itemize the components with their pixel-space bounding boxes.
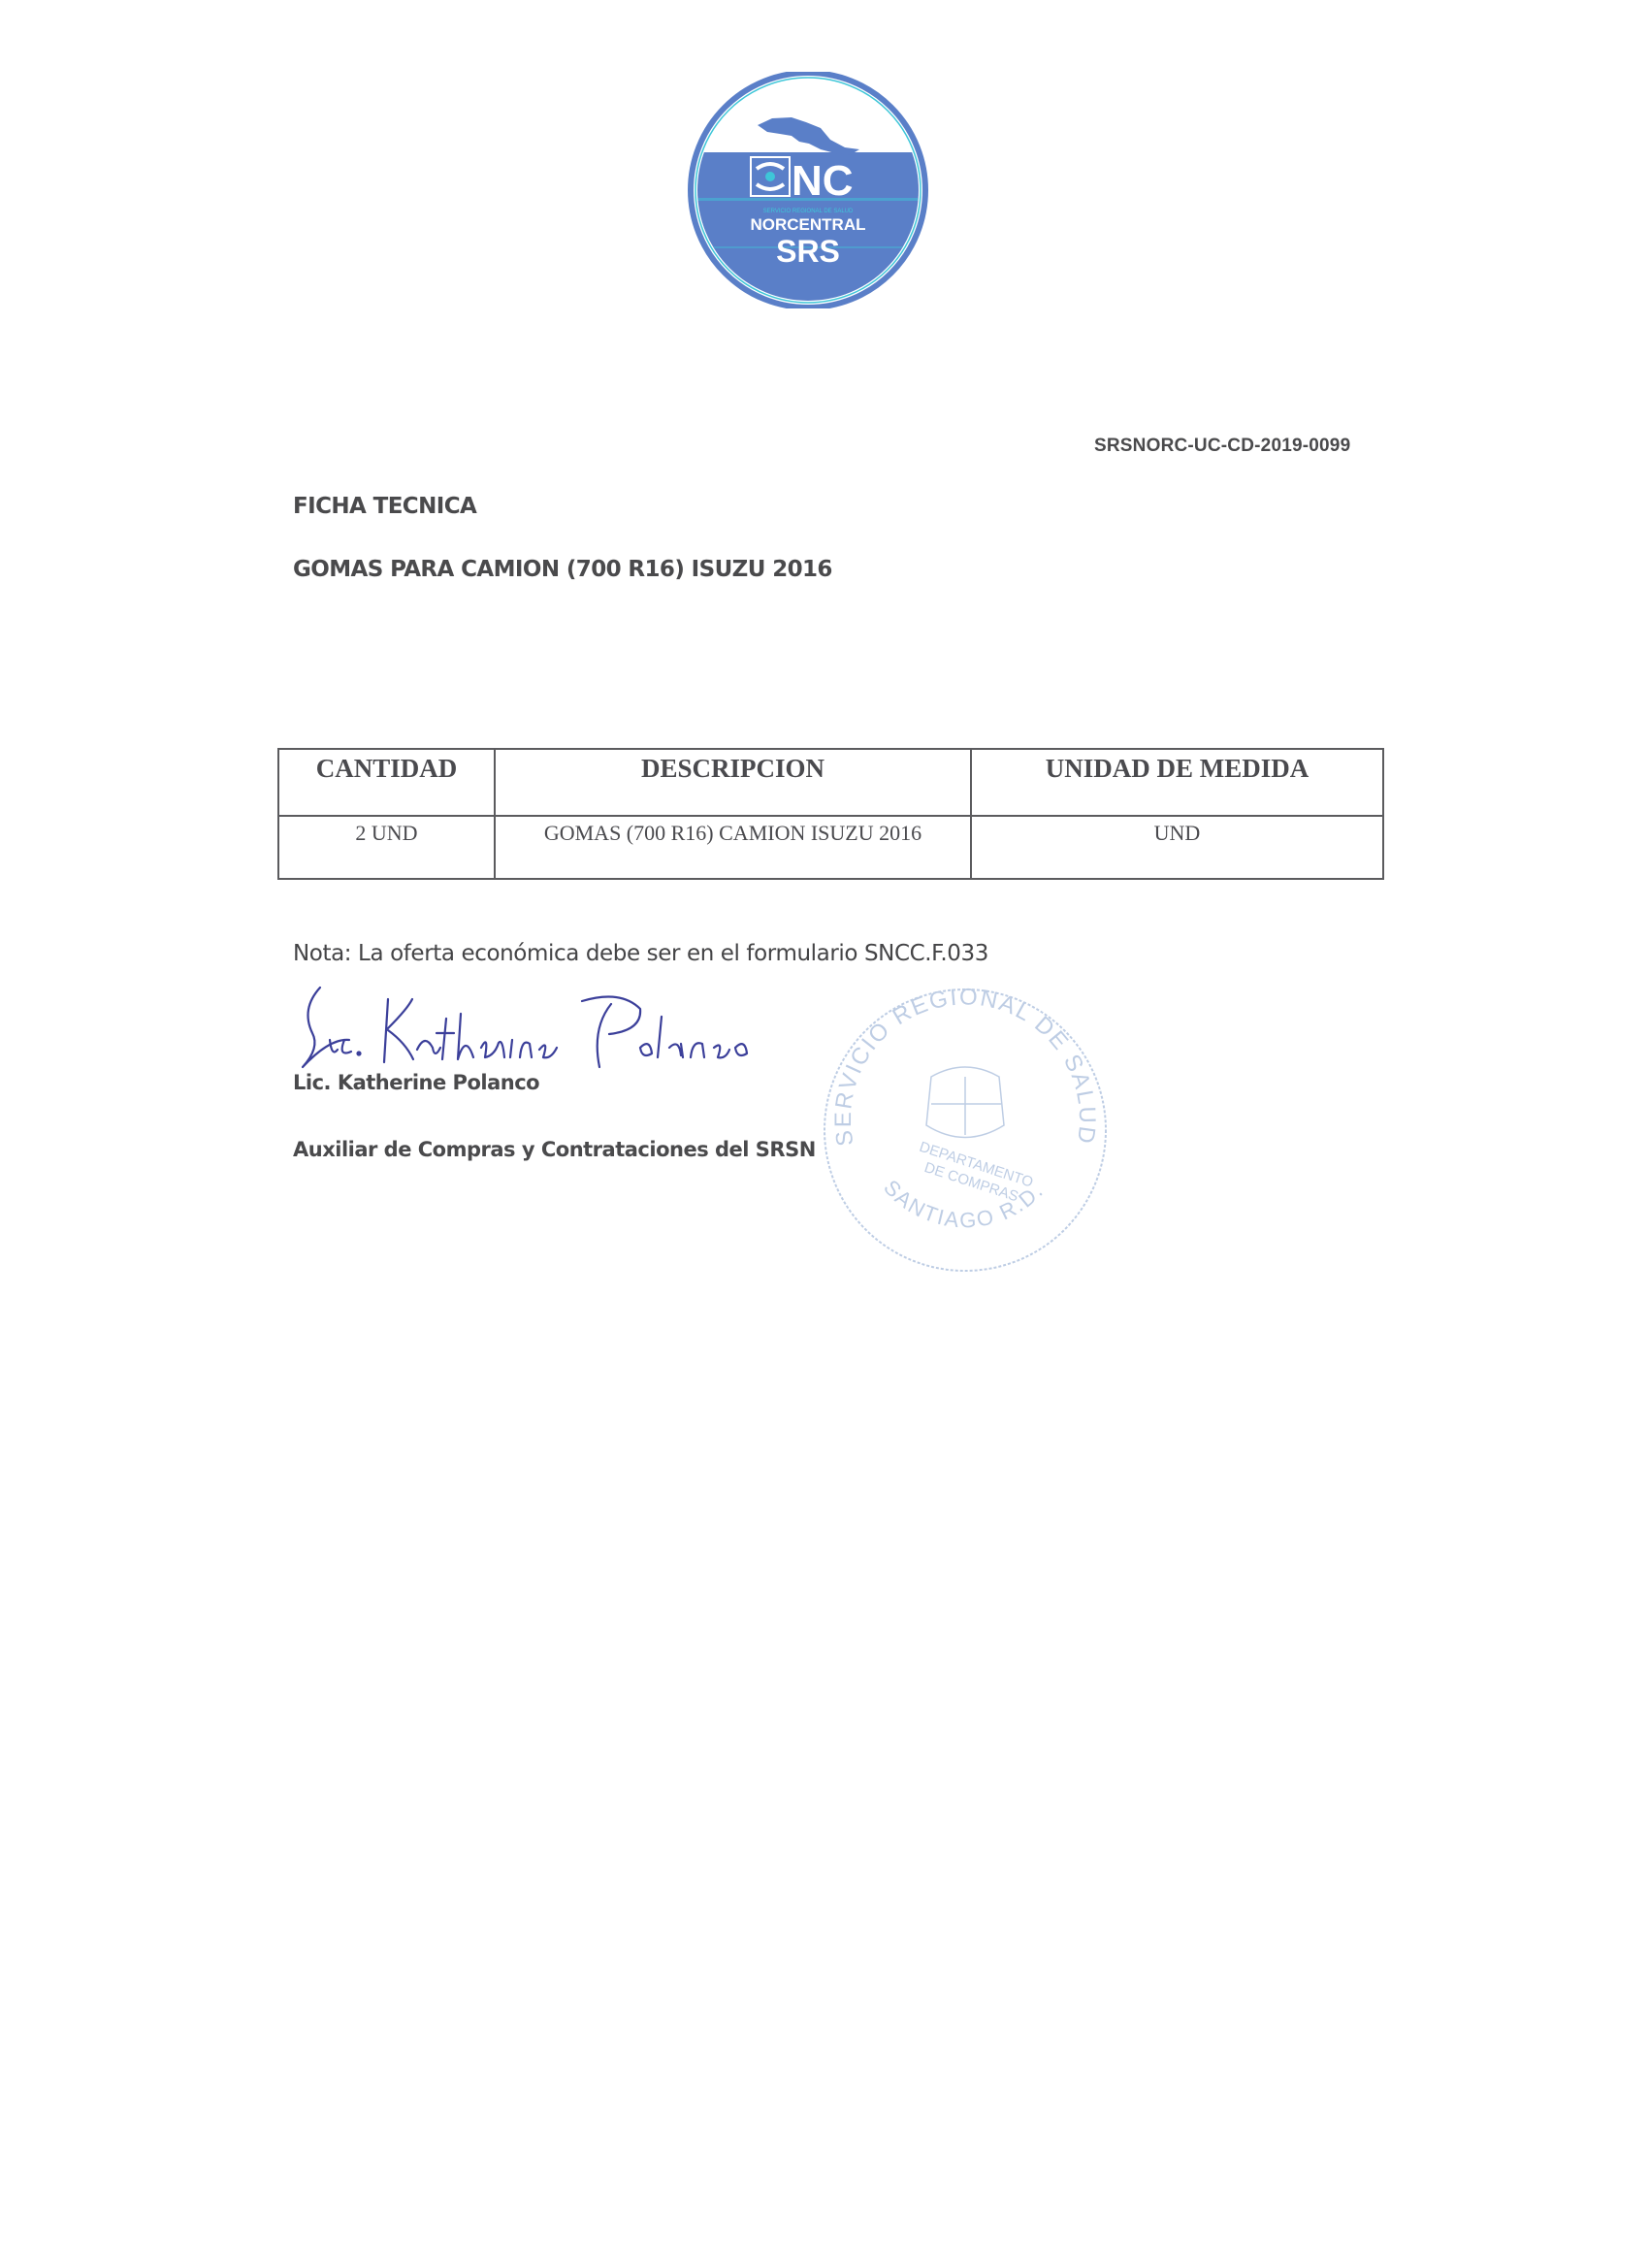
svg-text:NC: NC xyxy=(792,157,854,205)
specification-table: CANTIDAD DESCRIPCION UNIDAD DE MEDIDA 2 … xyxy=(277,748,1384,880)
svg-text:SRS: SRS xyxy=(776,234,840,269)
official-stamp: SERVICIO REGIONAL DE SALUD NORCENTRAL II… xyxy=(815,980,1115,1280)
svg-text:SERVICIO REGIONAL DE SALUD NOR: SERVICIO REGIONAL DE SALUD NORCENTRAL II xyxy=(815,980,1100,1148)
organization-logo: NC SERVICIO REGIONAL DE SALUD NORCENTRAL… xyxy=(685,72,931,308)
cell-descripcion: GOMAS (700 R16) CAMION ISUZU 2016 xyxy=(495,816,971,879)
cell-cantidad: 2 UND xyxy=(278,816,495,879)
table-row: 2 UND GOMAS (700 R16) CAMION ISUZU 2016 … xyxy=(278,816,1383,879)
column-header-cantidad: CANTIDAD xyxy=(278,749,495,816)
srs-norcentral-logo-icon: NC SERVICIO REGIONAL DE SALUD NORCENTRAL… xyxy=(685,72,931,308)
seal-icon: SERVICIO REGIONAL DE SALUD NORCENTRAL II… xyxy=(815,980,1115,1280)
column-header-unidad: UNIDAD DE MEDIDA xyxy=(971,749,1383,816)
document-subject: GOMAS PARA CAMION (700 R16) ISUZU 2016 xyxy=(293,557,832,582)
svg-text:NORCENTRAL: NORCENTRAL xyxy=(751,215,866,234)
svg-text:SERVICIO REGIONAL DE SALUD: SERVICIO REGIONAL DE SALUD xyxy=(763,209,854,214)
column-header-descripcion: DESCRIPCION xyxy=(495,749,971,816)
reference-number: SRSNORC-UC-CD-2019-0099 xyxy=(1094,436,1350,457)
cell-unidad: UND xyxy=(971,816,1383,879)
signer-name: Lic. Katherine Polanco xyxy=(293,1071,539,1094)
table-header-row: CANTIDAD DESCRIPCION UNIDAD DE MEDIDA xyxy=(278,749,1383,816)
document-title: FICHA TECNICA xyxy=(293,494,476,519)
signer-title: Auxiliar de Compras y Contrataciones del… xyxy=(293,1138,816,1161)
offer-note: Nota: La oferta económica debe ser en el… xyxy=(293,941,988,966)
svg-text:Lic. Katherine Polanco: Lic. Katherine Polanco xyxy=(291,980,301,981)
